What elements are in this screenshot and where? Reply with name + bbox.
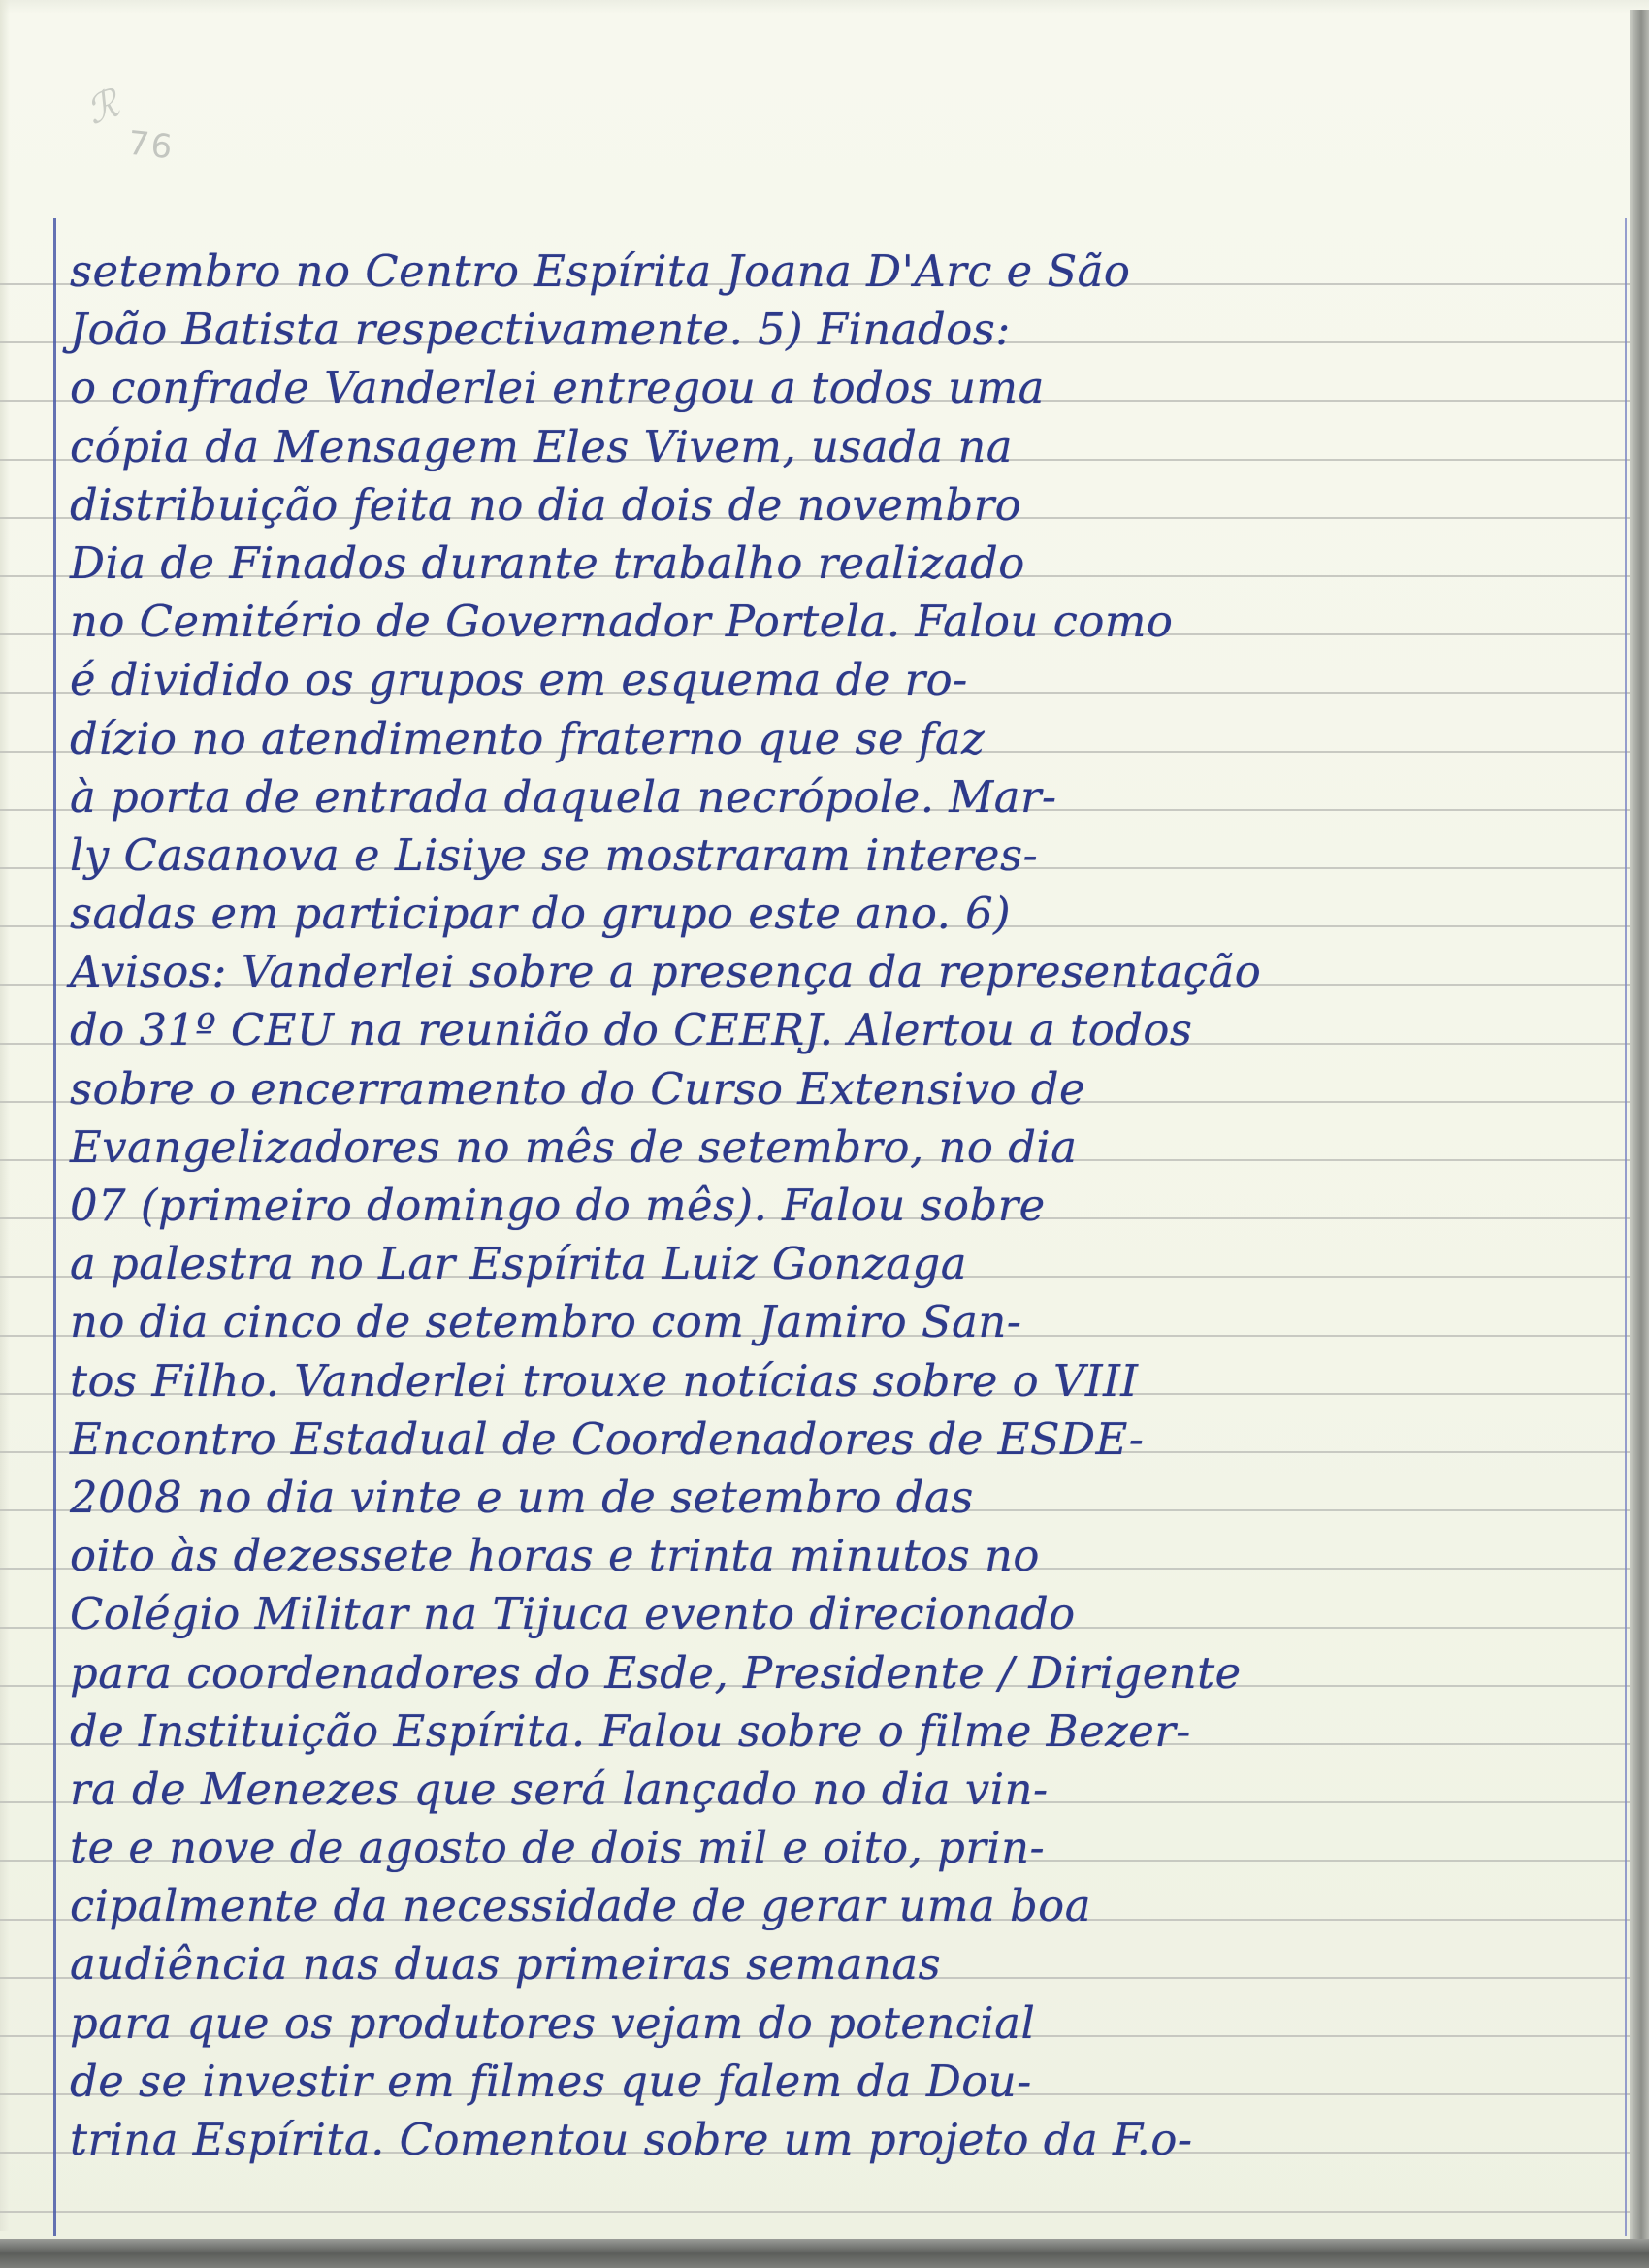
right-margin-line — [1625, 218, 1627, 2236]
text-line: Dia de Finados durante trabalho realizad… — [70, 535, 1612, 593]
text-line: de Instituição Espírita. Falou sobre o f… — [70, 1702, 1612, 1761]
text-line: para coordenadores do Esde, Presidente /… — [70, 1644, 1612, 1702]
text-line: tos Filho. Vanderlei trouxe notícias sob… — [70, 1352, 1612, 1410]
text-line: à porta de entrada daquela necrópole. Ma… — [70, 768, 1612, 826]
left-margin-line — [53, 218, 56, 2236]
text-line: setembro no Centro Espírita Joana D'Arc … — [70, 243, 1612, 301]
text-line: no dia cinco de setembro com Jamiro San- — [70, 1293, 1612, 1351]
text-line: Evangelizadores no mês de setembro, no d… — [70, 1118, 1612, 1177]
text-line: te e nove de agosto de dois mil e oito, … — [70, 1819, 1612, 1877]
text-line: ly Casanova e Lisiye se mostraram intere… — [70, 826, 1612, 885]
text-line: a palestra no Lar Espírita Luiz Gonzaga — [70, 1235, 1612, 1293]
notebook-page: ℛ 76 setembro no Centro Espírita Joana D… — [0, 0, 1649, 2268]
text-line: 2008 no dia vinte e um de setembro das — [70, 1469, 1612, 1527]
text-line: 07 (primeiro domingo do mês). Falou sobr… — [70, 1177, 1612, 1235]
text-line: do 31º CEU na reunião do CEERJ. Alertou … — [70, 1001, 1612, 1059]
page-bottom-edge — [0, 2239, 1649, 2268]
text-line: sobre o encerramento do Curso Extensivo … — [70, 1060, 1612, 1118]
text-line: Colégio Militar na Tijuca evento direcio… — [70, 1585, 1612, 1643]
handwritten-text: setembro no Centro Espírita Joana D'Arc … — [70, 243, 1617, 2169]
text-line: cópia da Mensagem Eles Vivem, usada na — [70, 418, 1612, 476]
rule-line — [0, 2211, 1630, 2213]
text-line: Encontro Estadual de Coordenadores de ES… — [70, 1410, 1612, 1469]
text-line: de se investir em filmes que falem da Do… — [70, 2053, 1612, 2111]
text-line: ra de Menezes que será lançado no dia vi… — [70, 1761, 1612, 1819]
text-line: audiência nas duas primeiras semanas — [70, 1935, 1612, 1993]
text-line: sadas em participar do grupo este ano. 6… — [70, 885, 1612, 943]
text-line: Avisos: Vanderlei sobre a presença da re… — [70, 943, 1612, 1001]
text-line: para que os produtores vejam do potencia… — [70, 1994, 1612, 2053]
page-right-edge — [1630, 10, 1649, 2241]
text-line: cipalmente da necessidade de gerar uma b… — [70, 1877, 1612, 1935]
text-line: no Cemitério de Governador Portela. Falo… — [70, 593, 1612, 651]
text-line: trina Espírita. Comentou sobre um projet… — [70, 2111, 1612, 2169]
page-number: 76 — [126, 124, 176, 168]
text-line: oito às dezessete horas e trinta minutos… — [70, 1527, 1612, 1585]
text-line: dízio no atendimento fraterno que se faz — [70, 710, 1612, 768]
text-line: é dividido os grupos em esquema de ro- — [70, 651, 1612, 709]
text-line: distribuição feita no dia dois de novemb… — [70, 476, 1612, 535]
text-line: João Batista respectivamente. 5) Finados… — [70, 301, 1612, 359]
text-line: o confrade Vanderlei entregou a todos um… — [70, 359, 1612, 417]
